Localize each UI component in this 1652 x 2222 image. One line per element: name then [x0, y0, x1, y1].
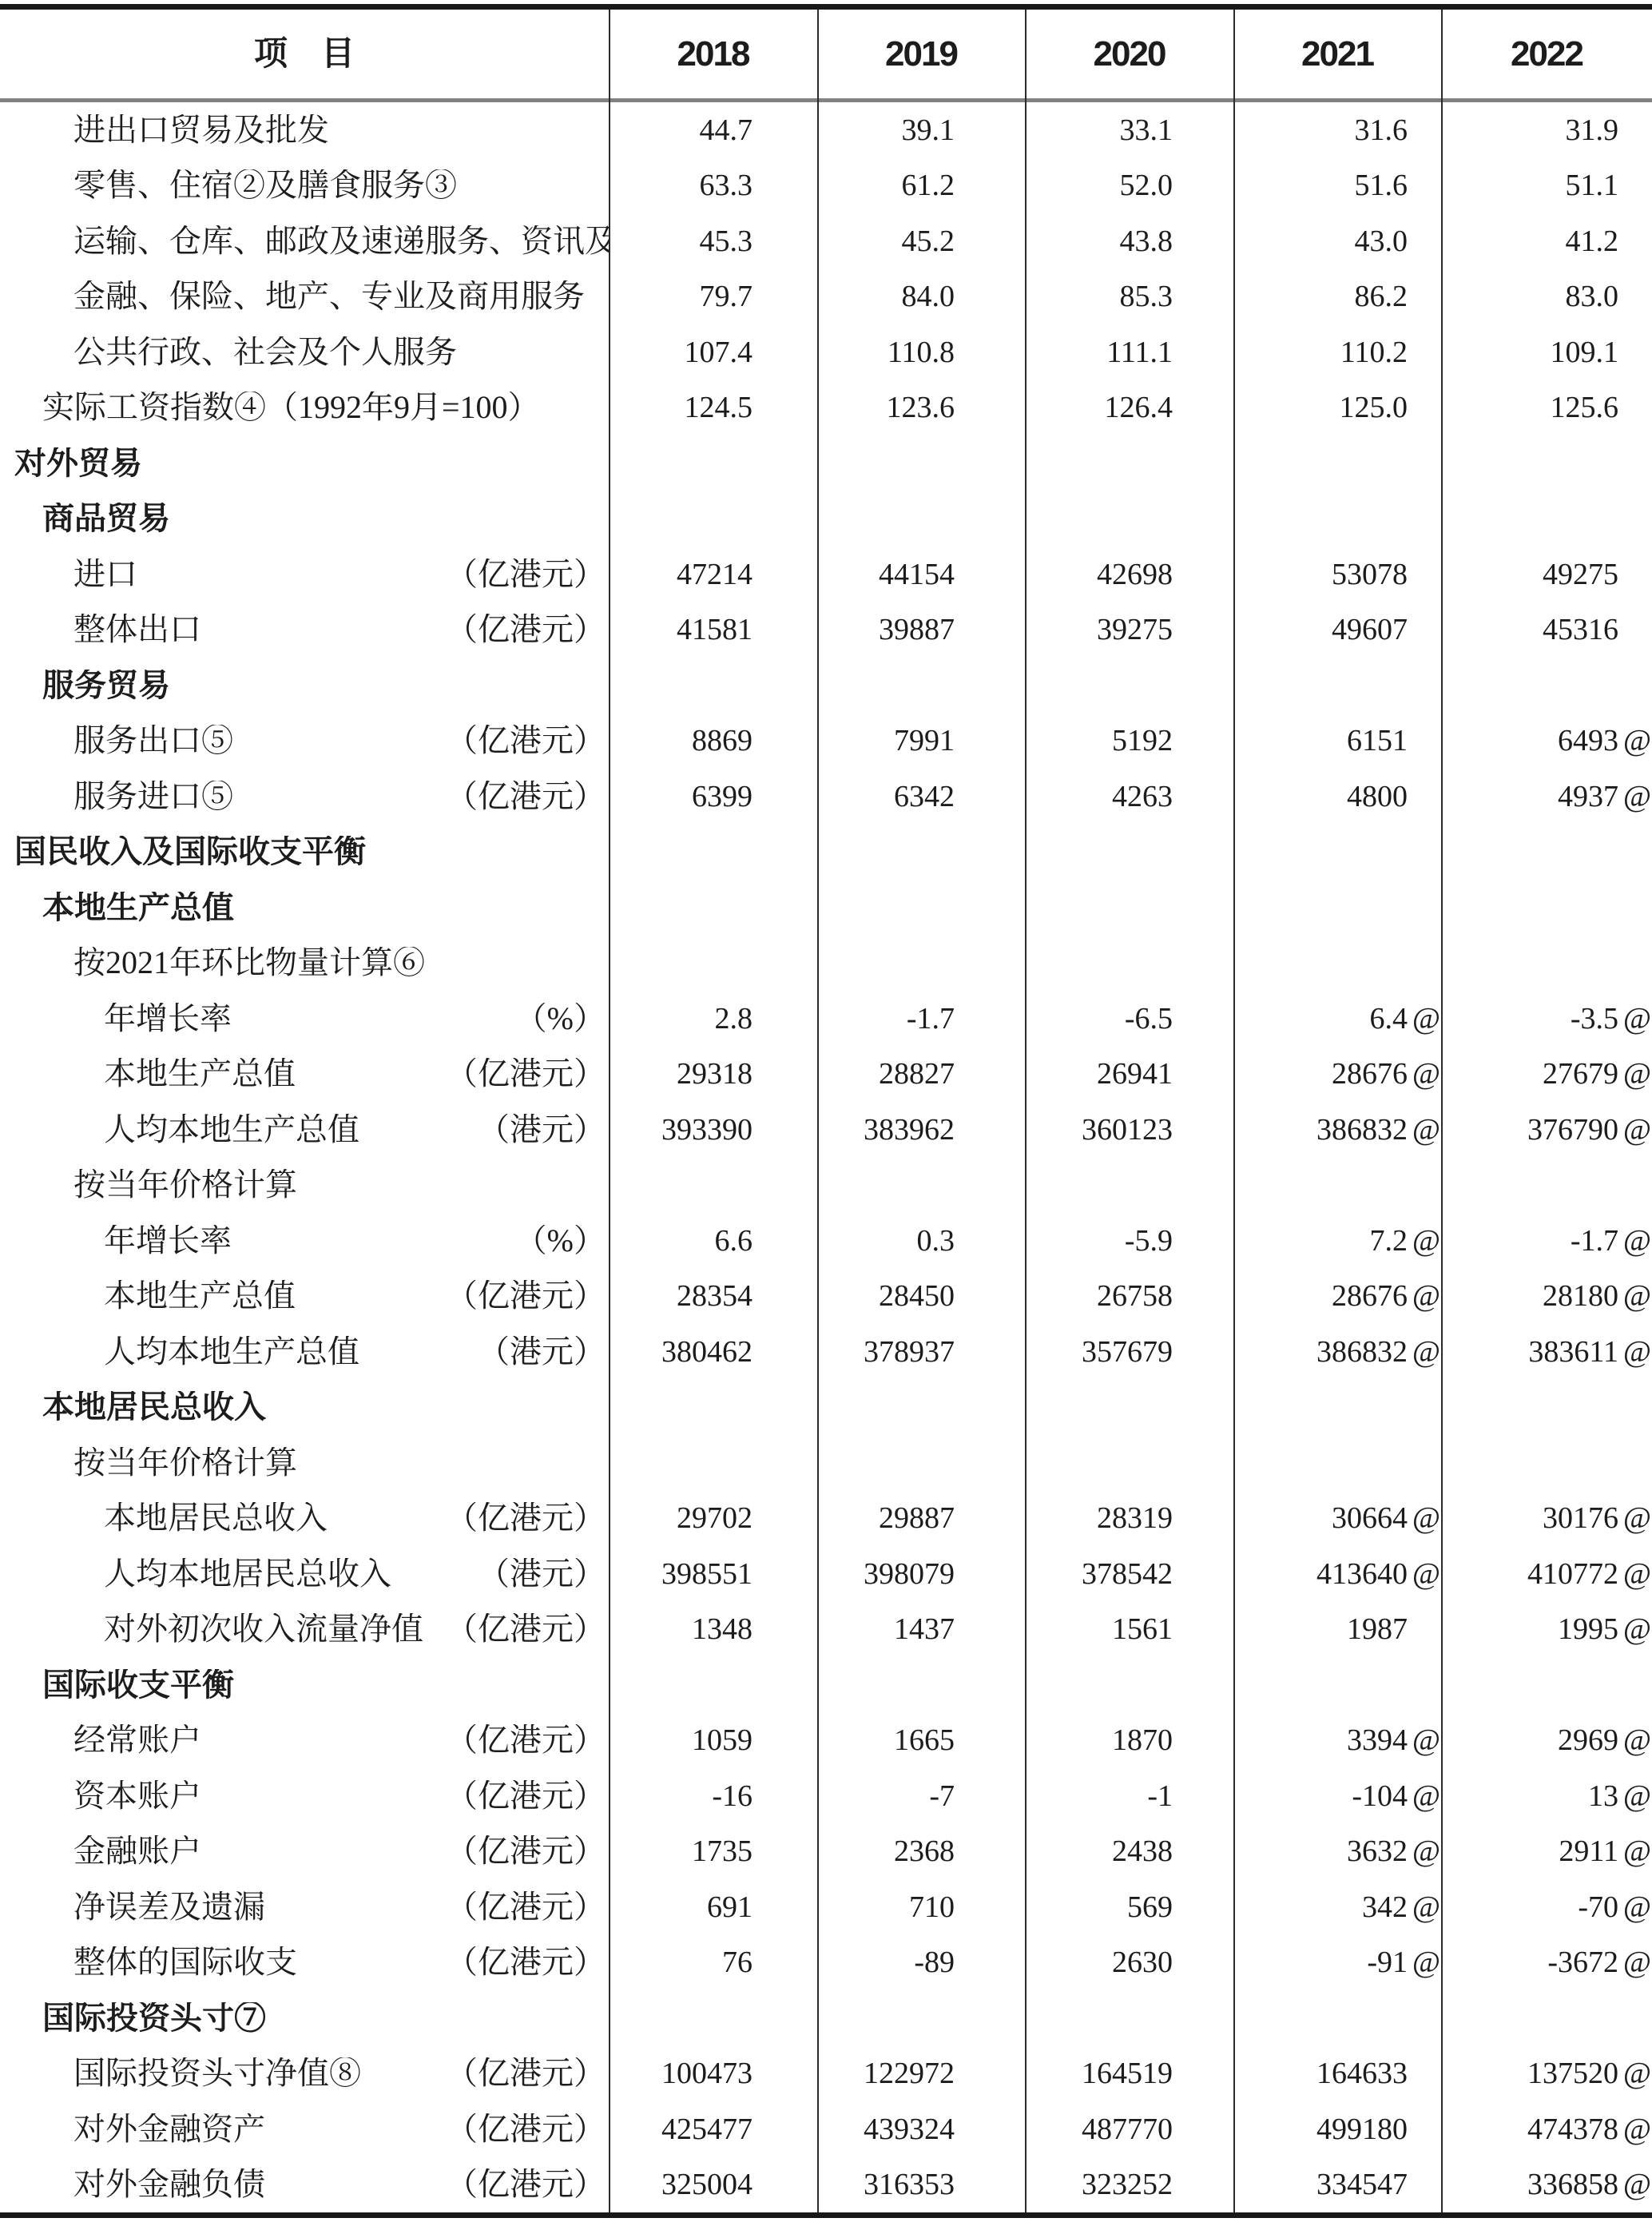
value-cell-2020: 4263	[1025, 781, 1233, 812]
item-column-header: 项 目	[0, 38, 609, 71]
value-number: 1995	[1558, 1614, 1618, 1644]
statistical-table-page: 项 目 2018 2019 2020 2021 2022 进出口贸易及批发44.…	[0, 0, 1652, 2222]
value-cell-2022: -3672@	[1441, 1947, 1652, 1978]
value-cell-2018: 6.6	[609, 1226, 817, 1256]
table-row: 本地生产总值（亿港元）28354284502675828676@28180@	[0, 1269, 1652, 1325]
provisional-at-icon: @	[1618, 1781, 1652, 1811]
value-cell-2019: 1437	[817, 1614, 1025, 1644]
value-number: 125.0	[1340, 392, 1408, 423]
table-row: 净误差及遗漏（亿港元）691710569342@-70@	[0, 1879, 1652, 1935]
value-cell-2020: -1	[1025, 1781, 1233, 1811]
row-label-cell: 服务进口⑤（亿港元）	[0, 781, 609, 813]
value-number: 378937	[864, 1337, 955, 1367]
row-label-cell: 服务出口⑤（亿港元）	[0, 725, 609, 757]
value-cell-2021: 6.4@	[1233, 1004, 1441, 1034]
row-unit: （亿港元）	[446, 781, 609, 813]
value-number: 323252	[1082, 2169, 1173, 2200]
value-cell-2020: 33.1	[1025, 115, 1233, 145]
value-number: 164633	[1316, 2058, 1408, 2089]
provisional-at-icon: @	[1408, 1725, 1441, 1755]
row-unit: （%）	[515, 1003, 609, 1035]
value-number: 2969	[1558, 1725, 1618, 1755]
value-cell-2019: -89	[817, 1947, 1025, 1978]
value-cell-2022: 49275	[1441, 559, 1652, 590]
provisional-at-icon: @	[1618, 1503, 1652, 1533]
value-cell-2020: 164519	[1025, 2058, 1233, 2089]
row-unit: （亿港元）	[446, 1780, 609, 1812]
value-cell-2021: 110.2	[1233, 337, 1441, 368]
value-cell-2020: 111.1	[1025, 337, 1233, 368]
value-number: 8869	[692, 725, 753, 756]
value-number: 3632	[1347, 1836, 1408, 1866]
value-cell-2022: 383611@	[1441, 1337, 1652, 1367]
value-cell-2018: 1059	[609, 1725, 817, 1755]
provisional-at-icon: @	[1618, 1836, 1652, 1866]
value-number: 5192	[1112, 725, 1173, 756]
value-cell-2018: 8869	[609, 725, 817, 756]
provisional-at-icon: @	[1408, 1503, 1441, 1533]
bottom-border-rule	[0, 2212, 1652, 2218]
value-number: 6151	[1347, 725, 1408, 756]
value-number: 84.0	[902, 281, 955, 312]
value-cell-2021: 28676@	[1233, 1059, 1441, 1089]
value-number: 1870	[1112, 1725, 1173, 1755]
row-unit: （亿港元）	[446, 2168, 609, 2200]
value-number: 45.3	[700, 226, 753, 256]
row-unit: （%）	[515, 1225, 609, 1257]
row-unit: （亿港元）	[446, 2113, 609, 2145]
provisional-at-icon: @	[1618, 1892, 1652, 1922]
table-row: 按当年价格计算	[0, 1158, 1652, 1214]
value-number: 30664	[1332, 1503, 1408, 1533]
provisional-at-icon: @	[1618, 1614, 1652, 1644]
value-cell-2020: 357679	[1025, 1337, 1233, 1367]
value-number: 2438	[1112, 1836, 1173, 1866]
table-row: 金融、保险、地产、专业及商用服务79.784.085.386.283.0	[0, 269, 1652, 325]
table-row: 运输、仓库、邮政及速递服务、资讯及通讯45.345.243.843.041.2	[0, 213, 1652, 269]
row-label-cell: 金融账户（亿港元）	[0, 1835, 609, 1867]
row-label: 对外金融资产	[73, 2113, 265, 2145]
value-cell-2022: 2911@	[1441, 1836, 1652, 1866]
value-number: 569	[1127, 1892, 1173, 1922]
value-number: 487770	[1082, 2114, 1173, 2144]
value-number: 13	[1588, 1781, 1618, 1811]
provisional-at-icon: @	[1618, 1559, 1652, 1589]
value-cell-2022: 474378@	[1441, 2114, 1652, 2144]
value-number: 83.0	[1566, 281, 1619, 312]
value-cell-2022: 45316	[1441, 614, 1652, 645]
table-row: 国民收入及国际收支平衡	[0, 825, 1652, 880]
table-row: 整体的国际收支（亿港元）76-892630-91@-3672@	[0, 1935, 1652, 1991]
row-label: 服务出口⑤	[73, 725, 233, 757]
value-cell-2018: 393390	[609, 1115, 817, 1145]
value-cell-2018: 45.3	[609, 226, 817, 256]
value-number: 4800	[1347, 781, 1408, 812]
value-number: -7	[929, 1781, 955, 1811]
value-number: 53078	[1332, 559, 1408, 590]
table-row: 人均本地生产总值（港元）393390383962360123386832@376…	[0, 1102, 1652, 1158]
table-row: 金融账户（亿港元）1735236824383632@2911@	[0, 1824, 1652, 1880]
value-cell-2019: 84.0	[817, 281, 1025, 312]
provisional-at-icon: @	[1408, 1781, 1441, 1811]
value-number: 6.6	[715, 1226, 753, 1256]
value-cell-2021: 334547	[1233, 2169, 1441, 2200]
row-label-cell: 对外金融负债（亿港元）	[0, 2168, 609, 2200]
value-cell-2019: 123.6	[817, 392, 1025, 423]
row-label: 金融、保险、地产、专业及商用服务	[73, 280, 585, 312]
row-label: 国际收支平衡	[42, 1669, 234, 1701]
value-cell-2019: 7991	[817, 725, 1025, 756]
row-label: 人均本地居民总收入	[104, 1558, 391, 1590]
value-cell-2021: 51.6	[1233, 170, 1441, 201]
value-number: -70	[1578, 1892, 1618, 1922]
table-body: 进出口贸易及批发44.739.133.131.631.9零售、住宿②及膳食服务③…	[0, 102, 1652, 2212]
table-row: 服务进口⑤（亿港元）63996342426348004937@	[0, 769, 1652, 825]
value-number: 393390	[661, 1115, 753, 1145]
row-label: 对外初次收入流量净值	[104, 1613, 423, 1645]
value-cell-2018: 1348	[609, 1614, 817, 1644]
column-divider	[1233, 10, 1235, 2212]
value-cell-2020: 52.0	[1025, 170, 1233, 201]
value-cell-2019: 28450	[817, 1281, 1025, 1311]
value-number: 28319	[1097, 1503, 1173, 1533]
row-label-cell: 运输、仓库、邮政及速递服务、资讯及通讯	[0, 225, 609, 257]
value-number: 107.4	[685, 337, 753, 368]
value-number: 85.3	[1120, 281, 1173, 312]
row-label-cell: 国民收入及国际收支平衡	[0, 836, 609, 868]
table-row: 按2021年环比物量计算⑥	[0, 936, 1652, 992]
value-number: 342	[1362, 1892, 1408, 1922]
value-cell-2022: 410772@	[1441, 1559, 1652, 1589]
table-row: 本地居民总收入（亿港元）29702298872831930664@30176@	[0, 1491, 1652, 1547]
value-number: 691	[707, 1892, 753, 1922]
value-number: 3394	[1347, 1725, 1408, 1755]
value-number: 383962	[864, 1115, 955, 1145]
value-number: 29702	[677, 1503, 753, 1533]
value-cell-2022: 13@	[1441, 1781, 1652, 1811]
year-header-2019: 2019	[817, 37, 1025, 72]
row-label: 公共行政、社会及个人服务	[73, 336, 457, 368]
value-cell-2018: 124.5	[609, 392, 817, 423]
value-cell-2020: 26941	[1025, 1059, 1233, 1089]
row-unit: （亿港元）	[446, 2057, 609, 2089]
provisional-at-icon: @	[1408, 1337, 1441, 1367]
value-cell-2018: 107.4	[609, 337, 817, 368]
value-number: 336858	[1527, 2169, 1618, 2200]
table-row: 国际收支平衡	[0, 1657, 1652, 1713]
value-number: 39887	[879, 614, 955, 645]
row-label-cell: 对外贸易	[0, 447, 609, 479]
row-label-cell: 商品贸易	[0, 503, 609, 535]
row-label: 对外金融负债	[73, 2168, 265, 2200]
value-number: 26758	[1097, 1281, 1173, 1311]
row-label-cell: 经常账户（亿港元）	[0, 1724, 609, 1756]
table-row: 本地生产总值	[0, 880, 1652, 936]
value-cell-2021: 1987	[1233, 1614, 1441, 1644]
table-row: 对外初次收入流量净值（亿港元）13481437156119871995@	[0, 1602, 1652, 1658]
value-cell-2019: 0.3	[817, 1226, 1025, 1256]
value-cell-2019: 2368	[817, 1836, 1025, 1866]
value-number: 1059	[692, 1725, 753, 1755]
row-unit: （亿港元）	[446, 1613, 609, 1645]
row-label-cell: 国际收支平衡	[0, 1669, 609, 1701]
value-cell-2020: 323252	[1025, 2169, 1233, 2200]
row-label: 进口	[73, 558, 137, 590]
value-cell-2021: 31.6	[1233, 115, 1441, 145]
value-number: 47214	[677, 559, 753, 590]
row-label-cell: 按当年价格计算	[0, 1169, 609, 1201]
value-number: 44154	[879, 559, 955, 590]
year-header-2020: 2020	[1025, 37, 1233, 72]
value-cell-2020: 5192	[1025, 725, 1233, 756]
table-row: 实际工资指数④（1992年9月=100）124.5123.6126.4125.0…	[0, 380, 1652, 436]
row-label-cell: 国际投资头寸净值⑧（亿港元）	[0, 2057, 609, 2089]
table-row: 服务出口⑤（亿港元）88697991519261516493@	[0, 714, 1652, 769]
value-cell-2020: 28319	[1025, 1503, 1233, 1533]
row-label-cell: 资本账户（亿港元）	[0, 1780, 609, 1812]
row-label: 运输、仓库、邮政及速递服务、资讯及通讯	[73, 225, 609, 257]
row-label: 按当年价格计算	[73, 1169, 297, 1201]
value-number: 1987	[1347, 1614, 1408, 1644]
row-unit: （港元）	[478, 1558, 609, 1590]
value-number: 1665	[894, 1725, 955, 1755]
value-number: 29887	[879, 1503, 955, 1533]
value-cell-2022: 336858@	[1441, 2169, 1652, 2200]
table-row: 进口（亿港元）4721444154426985307849275	[0, 547, 1652, 602]
provisional-at-icon: @	[1618, 2169, 1652, 2200]
row-unit: （亿港元）	[446, 1058, 609, 1090]
value-cell-2019: -1.7	[817, 1004, 1025, 1034]
value-cell-2018: 44.7	[609, 115, 817, 145]
value-number: 2.8	[715, 1004, 753, 1034]
value-cell-2019: -7	[817, 1781, 1025, 1811]
row-label-cell: 服务贸易	[0, 670, 609, 702]
value-number: 137520	[1527, 2058, 1618, 2089]
value-number: 2630	[1112, 1947, 1173, 1978]
value-number: 76	[722, 1947, 753, 1978]
value-number: 7991	[894, 725, 955, 756]
value-number: -1.7	[1571, 1226, 1618, 1256]
value-cell-2019: 110.8	[817, 337, 1025, 368]
table-row: 对外贸易	[0, 435, 1652, 491]
year-header-2022: 2022	[1441, 37, 1652, 72]
value-cell-2022: 109.1	[1441, 337, 1652, 368]
value-cell-2022: 2969@	[1441, 1725, 1652, 1755]
value-number: 398551	[661, 1559, 753, 1589]
value-cell-2019: 1665	[817, 1725, 1025, 1755]
value-cell-2019: 6342	[817, 781, 1025, 812]
table-row: 商品贸易	[0, 491, 1652, 547]
row-label: 整体的国际收支	[73, 1946, 297, 1978]
value-cell-2021: 3394@	[1233, 1725, 1441, 1755]
value-number: 125.6	[1551, 392, 1619, 423]
row-unit: （亿港元）	[446, 1891, 609, 1923]
value-number: 1437	[894, 1614, 955, 1644]
value-cell-2021: 28676@	[1233, 1281, 1441, 1311]
value-number: 61.2	[902, 170, 955, 201]
value-cell-2021: 386832@	[1233, 1115, 1441, 1145]
value-cell-2021: -91@	[1233, 1947, 1441, 1978]
row-label: 国际投资头寸⑦	[42, 2002, 266, 2034]
value-number: 123.6	[887, 392, 955, 423]
row-unit: （港元）	[478, 1114, 609, 1146]
value-cell-2022: 4937@	[1441, 781, 1652, 812]
value-number: 28676	[1332, 1059, 1408, 1089]
row-label: 人均本地生产总值	[104, 1336, 359, 1368]
value-number: 28676	[1332, 1281, 1408, 1311]
row-unit: （亿港元）	[446, 1724, 609, 1756]
value-cell-2020: 2630	[1025, 1947, 1233, 1978]
value-cell-2019: 61.2	[817, 170, 1025, 201]
value-number: -3.5	[1571, 1004, 1618, 1034]
value-cell-2020: 1870	[1025, 1725, 1233, 1755]
value-number: 51.6	[1355, 170, 1408, 201]
value-number: 100473	[661, 2058, 753, 2089]
value-cell-2020: 1561	[1025, 1614, 1233, 1644]
row-label-cell: 人均本地生产总值（港元）	[0, 1114, 609, 1146]
provisional-at-icon: @	[1408, 1892, 1441, 1922]
value-cell-2020: 569	[1025, 1892, 1233, 1922]
value-number: 410772	[1527, 1559, 1618, 1589]
value-number: 44.7	[700, 115, 753, 145]
row-label-cell: 金融、保险、地产、专业及商用服务	[0, 280, 609, 312]
value-number: 378542	[1082, 1559, 1173, 1589]
row-label: 本地居民总收入	[104, 1502, 328, 1534]
value-cell-2022: 28180@	[1441, 1281, 1652, 1311]
table-row: 本地居民总收入	[0, 1380, 1652, 1436]
row-label-cell: 对外初次收入流量净值（亿港元）	[0, 1613, 609, 1645]
value-number: 28827	[879, 1059, 955, 1089]
provisional-at-icon: @	[1618, 2114, 1652, 2144]
value-cell-2020: 126.4	[1025, 392, 1233, 423]
value-cell-2020: 42698	[1025, 559, 1233, 590]
row-label: 整体出口	[73, 614, 201, 646]
value-cell-2020: 85.3	[1025, 281, 1233, 312]
row-label: 金融账户	[73, 1835, 201, 1867]
value-cell-2020: 43.8	[1025, 226, 1233, 256]
row-unit: （亿港元）	[446, 558, 609, 590]
year-header-2018: 2018	[609, 37, 817, 72]
value-number: 7.2	[1370, 1226, 1408, 1256]
value-number: -3672	[1547, 1947, 1618, 1978]
row-label-cell: 整体出口（亿港元）	[0, 614, 609, 646]
provisional-at-icon: @	[1618, 1947, 1652, 1978]
row-label: 本地居民总收入	[42, 1391, 266, 1423]
value-cell-2022: 31.9	[1441, 115, 1652, 145]
value-number: 28180	[1543, 1281, 1618, 1311]
value-number: 325004	[661, 2169, 753, 2200]
value-cell-2019: 45.2	[817, 226, 1025, 256]
value-number: -1.7	[907, 1004, 955, 1034]
value-cell-2018: 29318	[609, 1059, 817, 1089]
column-divider	[1025, 10, 1027, 2212]
table-row: 进出口贸易及批发44.739.133.131.631.9	[0, 102, 1652, 158]
provisional-at-icon: @	[1408, 1836, 1441, 1866]
value-cell-2022: 30176@	[1441, 1503, 1652, 1533]
value-cell-2018: 28354	[609, 1281, 817, 1311]
row-label-cell: 本地居民总收入	[0, 1391, 609, 1423]
value-number: 45316	[1543, 614, 1618, 645]
row-label: 国际投资头寸净值⑧	[73, 2057, 361, 2089]
provisional-at-icon: @	[1408, 1115, 1441, 1145]
value-cell-2018: -16	[609, 1781, 817, 1811]
value-cell-2020: 487770	[1025, 2114, 1233, 2144]
row-label: 经常账户	[73, 1724, 201, 1756]
value-number: 386832	[1316, 1115, 1408, 1145]
row-label-cell: 进口（亿港元）	[0, 558, 609, 590]
value-cell-2021: 86.2	[1233, 281, 1441, 312]
row-unit: （港元）	[478, 1336, 609, 1368]
value-cell-2018: 29702	[609, 1503, 817, 1533]
column-divider	[1441, 10, 1443, 2212]
row-label-cell: 净误差及遗漏（亿港元）	[0, 1891, 609, 1923]
row-unit: （亿港元）	[446, 1280, 609, 1312]
value-cell-2018: 691	[609, 1892, 817, 1922]
value-cell-2020: 39275	[1025, 614, 1233, 645]
table-row: 公共行政、社会及个人服务107.4110.8111.1110.2109.1	[0, 324, 1652, 380]
table-row: 年增长率（%）2.8-1.7-6.56.4@-3.5@	[0, 991, 1652, 1047]
value-number: -91	[1367, 1947, 1408, 1978]
row-unit: （亿港元）	[446, 1835, 609, 1867]
row-label-cell: 整体的国际收支（亿港元）	[0, 1946, 609, 1978]
value-number: 122972	[864, 2058, 955, 2089]
value-number: 376790	[1527, 1115, 1618, 1145]
value-number: 110.2	[1340, 337, 1408, 368]
value-number: 357679	[1082, 1337, 1173, 1367]
value-cell-2022: 137520@	[1441, 2058, 1652, 2089]
value-cell-2020: -6.5	[1025, 1004, 1233, 1034]
row-unit: （亿港元）	[446, 1946, 609, 1978]
row-label-cell: 人均本地生产总值（港元）	[0, 1336, 609, 1368]
table-row: 整体出口（亿港元）4158139887392754960745316	[0, 602, 1652, 658]
value-number: 474378	[1527, 2114, 1618, 2144]
value-number: 31.9	[1566, 115, 1619, 145]
value-number: 110.8	[888, 337, 955, 368]
value-cell-2018: 325004	[609, 2169, 817, 2200]
value-cell-2021: 499180	[1233, 2114, 1441, 2144]
value-cell-2020: 2438	[1025, 1836, 1233, 1866]
provisional-at-icon: @	[1618, 1725, 1652, 1755]
value-number: 27679	[1543, 1059, 1618, 1089]
row-label: 本地生产总值	[104, 1280, 296, 1312]
provisional-at-icon: @	[1618, 1004, 1652, 1034]
value-number: 39.1	[902, 115, 955, 145]
value-number: 41581	[677, 614, 753, 645]
top-border-rule	[0, 4, 1652, 10]
value-cell-2021: 125.0	[1233, 392, 1441, 423]
value-number: 63.3	[700, 170, 753, 201]
table-row: 零售、住宿②及膳食服务③63.361.252.051.651.1	[0, 158, 1652, 214]
value-cell-2018: 6399	[609, 781, 817, 812]
row-label: 按2021年环比物量计算⑥	[73, 947, 425, 979]
value-number: 2368	[894, 1836, 955, 1866]
table-row: 服务贸易	[0, 658, 1652, 714]
value-number: 26941	[1097, 1059, 1173, 1089]
row-label: 年增长率	[104, 1225, 232, 1257]
value-cell-2019: 29887	[817, 1503, 1025, 1533]
value-number: 43.0	[1355, 226, 1408, 256]
value-number: 2911	[1559, 1836, 1618, 1866]
row-label-cell: 国际投资头寸⑦	[0, 2002, 609, 2034]
value-cell-2021: 53078	[1233, 559, 1441, 590]
value-cell-2021: -104@	[1233, 1781, 1441, 1811]
value-cell-2018: 2.8	[609, 1004, 817, 1034]
row-label-cell: 对外金融资产（亿港元）	[0, 2113, 609, 2145]
table-header-row: 项 目 2018 2019 2020 2021 2022	[0, 10, 1652, 98]
value-cell-2018: 47214	[609, 559, 817, 590]
value-cell-2021: 413640@	[1233, 1559, 1441, 1589]
row-label: 零售、住宿②及膳食服务③	[73, 169, 457, 201]
